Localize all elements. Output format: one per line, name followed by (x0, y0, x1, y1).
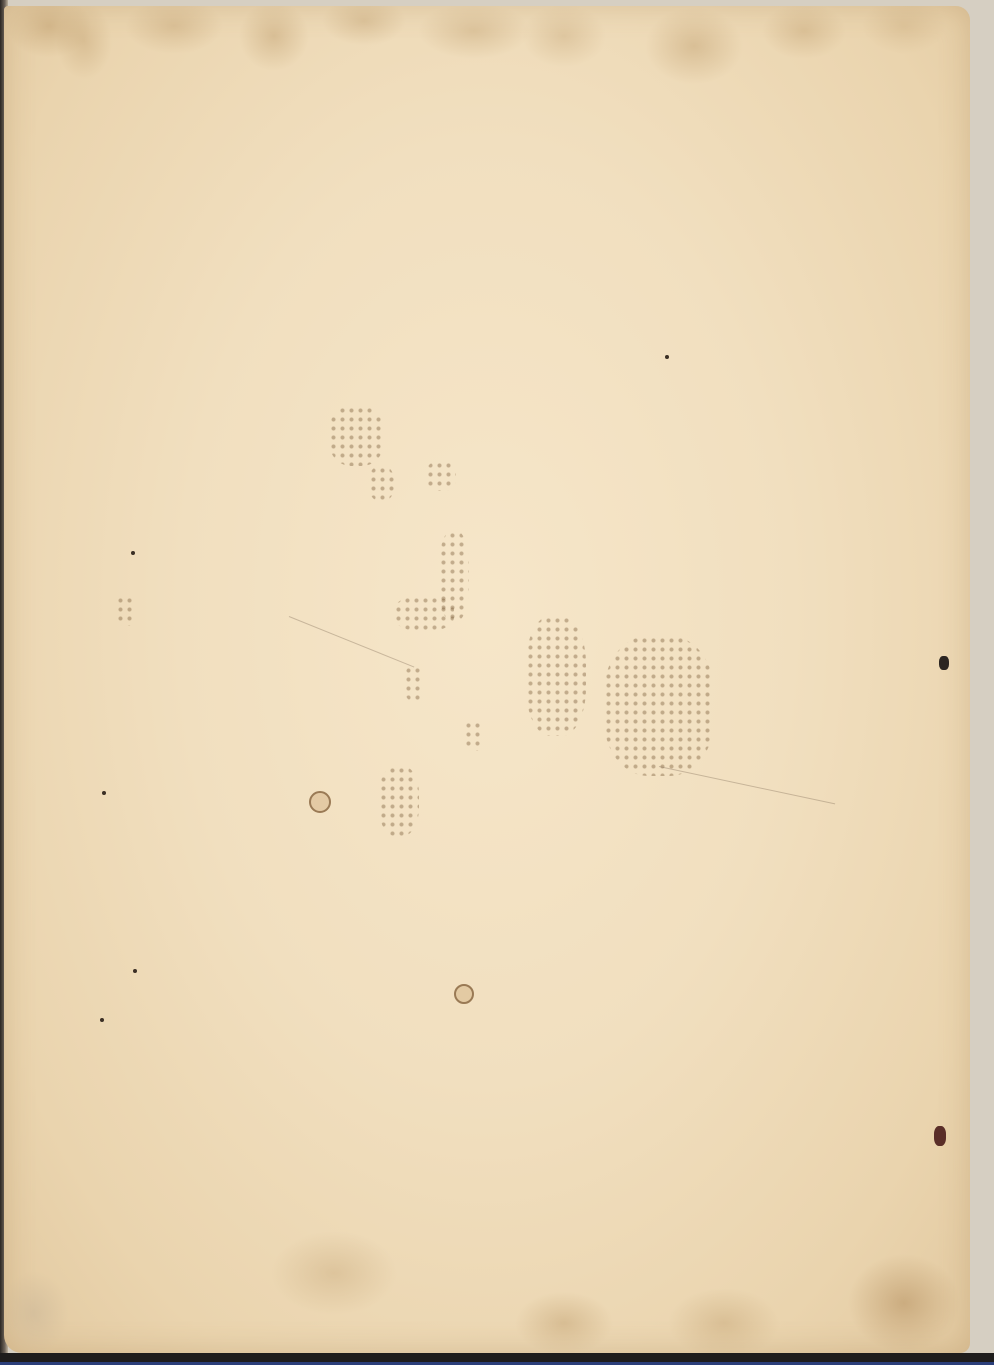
ink-dot (131, 551, 135, 555)
foxing-cluster (404, 666, 424, 701)
ink-spot (934, 1126, 946, 1146)
scratch-line (659, 766, 835, 804)
foxing-cluster (464, 721, 484, 751)
paper-sheet (4, 6, 970, 1353)
ink-dot (665, 355, 669, 359)
scratch-line (289, 616, 415, 667)
foxing-cluster (116, 596, 136, 626)
top-water-stains (4, 6, 970, 96)
foxing-cluster (369, 466, 394, 501)
ink-dot (102, 791, 106, 795)
foxing-cluster (379, 766, 419, 836)
ink-spot (939, 656, 949, 670)
ink-dot (133, 969, 137, 973)
foxing-cluster (394, 596, 454, 631)
foxing-cluster (526, 616, 586, 736)
foxing-cluster (329, 406, 384, 466)
foxing-cluster (604, 636, 714, 776)
ring-mark (454, 984, 474, 1004)
foxing-cluster (426, 461, 456, 491)
bottom-water-stains (4, 1213, 970, 1353)
ink-dot (100, 1018, 104, 1022)
ring-mark (309, 791, 331, 813)
